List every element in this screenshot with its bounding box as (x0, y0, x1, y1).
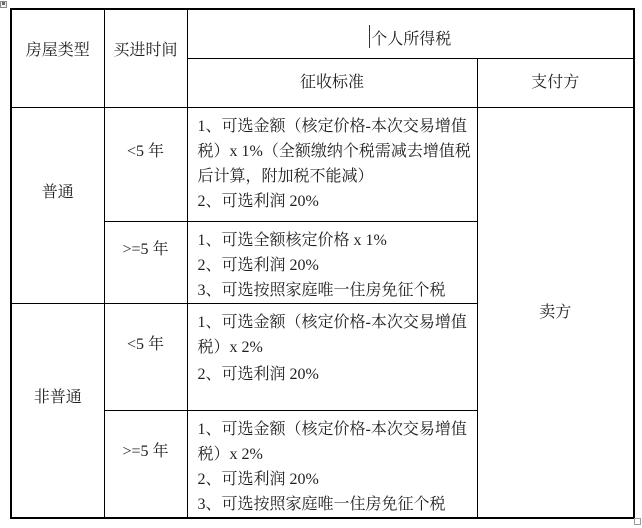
house-type-ordinary[interactable]: 普通 (11, 107, 104, 303)
standard-line: 1、可选金额（核定价格-本次交易增值 (198, 310, 471, 335)
header-buy-time[interactable]: 买进时间 (104, 9, 187, 107)
header-house-type[interactable]: 房屋类型 (11, 9, 104, 107)
standard-line: 1、可选金额（核定价格-本次交易增值 (198, 417, 471, 442)
table-move-handle-icon[interactable] (0, 1, 7, 8)
standard-non-ordinary-lt5[interactable]: 1、可选金额（核定价格-本次交易增值 税）x 2% 2、可选利润 20% (187, 303, 477, 410)
payer-seller[interactable]: 卖方 (477, 107, 634, 518)
standard-line: 2、可选利润 20% (198, 467, 471, 492)
standard-line: 2、可选利润 20% (198, 189, 471, 214)
standard-ordinary-gte5[interactable]: 1、可选全额核定价格 x 1% 2、可选利润 20% 3、可选按照家庭唯一住房免… (187, 221, 477, 303)
buy-time-non-ordinary-gte5[interactable]: >=5 年 (104, 410, 187, 518)
buy-time-non-ordinary-lt5[interactable]: <5 年 (104, 303, 187, 410)
buy-time-ordinary-lt5[interactable]: <5 年 (104, 107, 187, 221)
header-row-1: 房屋类型 买进时间 个人所得税 (11, 9, 634, 58)
header-collection-standard[interactable]: 征收标准 (187, 58, 477, 107)
standard-line: 税）x 2% (198, 442, 471, 467)
house-type-non-ordinary[interactable]: 非普通 (11, 303, 104, 518)
standard-line: 1、可选金额（核定价格-本次交易增值 (198, 114, 471, 139)
standard-ordinary-lt5[interactable]: 1、可选金额（核定价格-本次交易增值 税）x 1%（全额缴纳个税需减去增值税 后… (187, 107, 477, 221)
standard-line: 2、可选利润 20% (198, 362, 471, 387)
header-personal-income-tax[interactable]: 个人所得税 (187, 9, 634, 58)
header-personal-income-tax-label: 个人所得税 (371, 31, 451, 48)
standard-non-ordinary-gte5[interactable]: 1、可选金额（核定价格-本次交易增值 税）x 2% 2、可选利润 20% 3、可… (187, 410, 477, 518)
buy-time-ordinary-gte5[interactable]: >=5 年 (104, 221, 187, 303)
standard-line: 税）x 1%（全额缴纳个税需减去增值税 (198, 139, 471, 164)
header-payer[interactable]: 支付方 (477, 58, 634, 107)
table-resize-handle-icon[interactable] (634, 518, 641, 525)
standard-line: 3、可选按照家庭唯一住房免征个税 (198, 492, 471, 517)
standard-line: 2、可选利润 20% (198, 253, 471, 278)
standard-line: 税）x 2% (198, 335, 471, 360)
standard-line: 3、可选按照家庭唯一住房免征个税 (198, 278, 471, 303)
income-tax-table: 房屋类型 买进时间 个人所得税 征收标准 支付方 普通 <5 年 1、可选金额（… (10, 8, 635, 519)
standard-line: 后计算，附加税不能减） (198, 164, 471, 189)
standard-line: 1、可选全额核定价格 x 1% (198, 228, 471, 253)
table-row: 普通 <5 年 1、可选金额（核定价格-本次交易增值 税）x 1%（全额缴纳个税… (11, 107, 634, 221)
document-page: 房屋类型 买进时间 个人所得税 征收标准 支付方 普通 <5 年 1、可选金额（… (0, 0, 642, 528)
